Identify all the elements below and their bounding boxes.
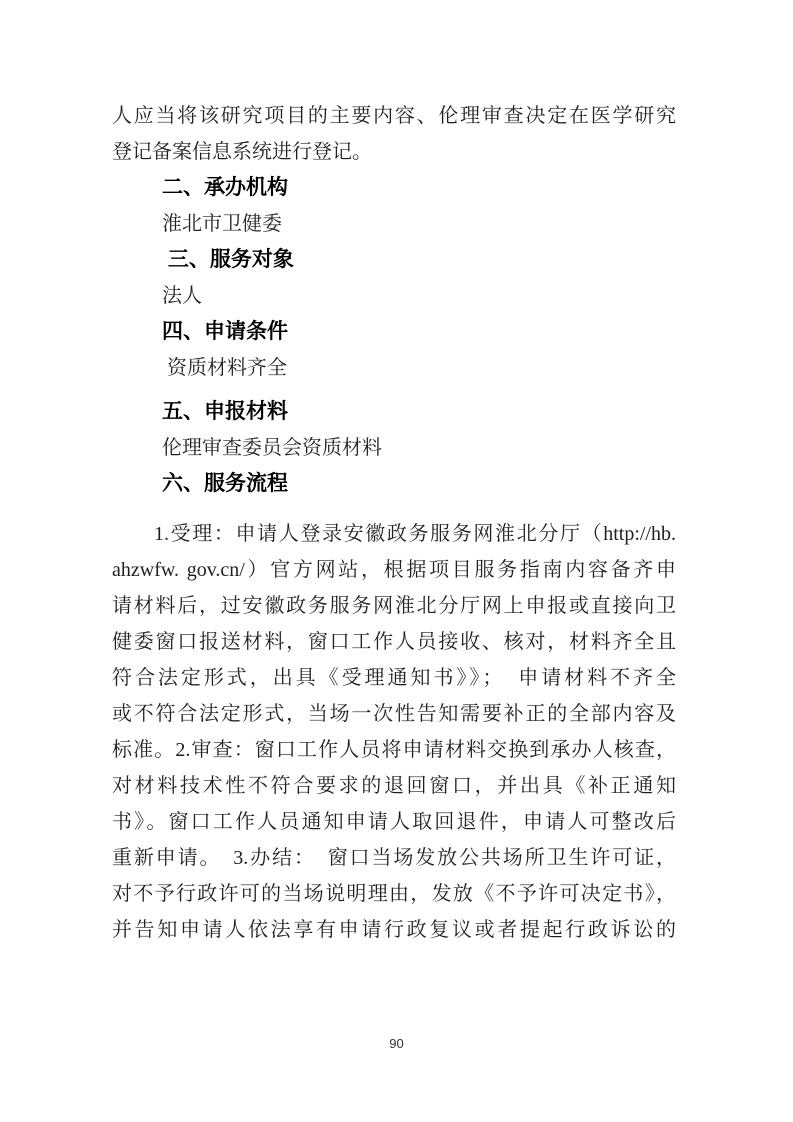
process-line: 重新申请。 3.办结： 窗口当场发放公共场所卫生许可证， [112,840,676,876]
section-body-application-materials: 伦理审查委员会资质材料 [112,430,676,466]
process-line: ahzwfw. gov.cn/）官方网站，根据项目服务指南内容备齐申 [112,552,676,588]
section-heading-service-process: 六、服务流程 [112,466,676,502]
process-line: 对不予行政许可的当场说明理由，发放《不予许可决定书》， [112,876,676,912]
continuation-paragraph-line-2: 登记备案信息系统进行登记。 [112,134,676,170]
process-line: 并告知申请人依法享有申请行政复议或者提起行政诉讼的 [112,912,676,948]
process-line: 1.受理：申请人登录安徽政务服务网淮北分厅（http://hb. [112,516,676,552]
page-number: 90 [0,1036,793,1051]
process-line: 符合法定形式，出具《受理通知书》》； 申请材料不齐全 [112,660,676,696]
section-heading-service-target: 三、服务对象 [112,242,676,278]
process-paragraph: 1.受理：申请人登录安徽政务服务网淮北分厅（http://hb. ahzwfw.… [112,516,676,948]
process-line: 请材料后，过安徽政务服务网淮北分厅网上申报或直接向卫 [112,588,676,624]
continuation-paragraph-line-1: 人应当将该研究项目的主要内容、伦理审查决定在医学研究 [112,98,676,134]
section-body-organization: 淮北市卫健委 [112,206,676,242]
process-line: 标准。2.审查：窗口工作人员将申请材料交换到承办人核查， [112,732,676,768]
section-body-service-target: 法人 [112,278,676,314]
section-heading-organization: 二、承办机构 [112,170,676,206]
process-line: 或不符合法定形式，当场一次性告知需要补正的全部内容及 [112,696,676,732]
section-heading-application-materials: 五、申报材料 [112,394,676,430]
process-line: 书》。窗口工作人员通知申请人取回退件，申请人可整改后 [112,804,676,840]
page-content: 人应当将该研究项目的主要内容、伦理审查决定在医学研究 登记备案信息系统进行登记。… [112,98,676,948]
document-page: 人应当将该研究项目的主要内容、伦理审查决定在医学研究 登记备案信息系统进行登记。… [0,0,793,1122]
section-body-application-conditions: 资质材料齐全 [112,350,676,386]
process-line: 对材料技术性不符合要求的退回窗口，并出具《补正通知 [112,768,676,804]
process-line: 健委窗口报送材料，窗口工作人员接收、核对，材料齐全且 [112,624,676,660]
section-heading-application-conditions: 四、申请条件 [112,314,676,350]
